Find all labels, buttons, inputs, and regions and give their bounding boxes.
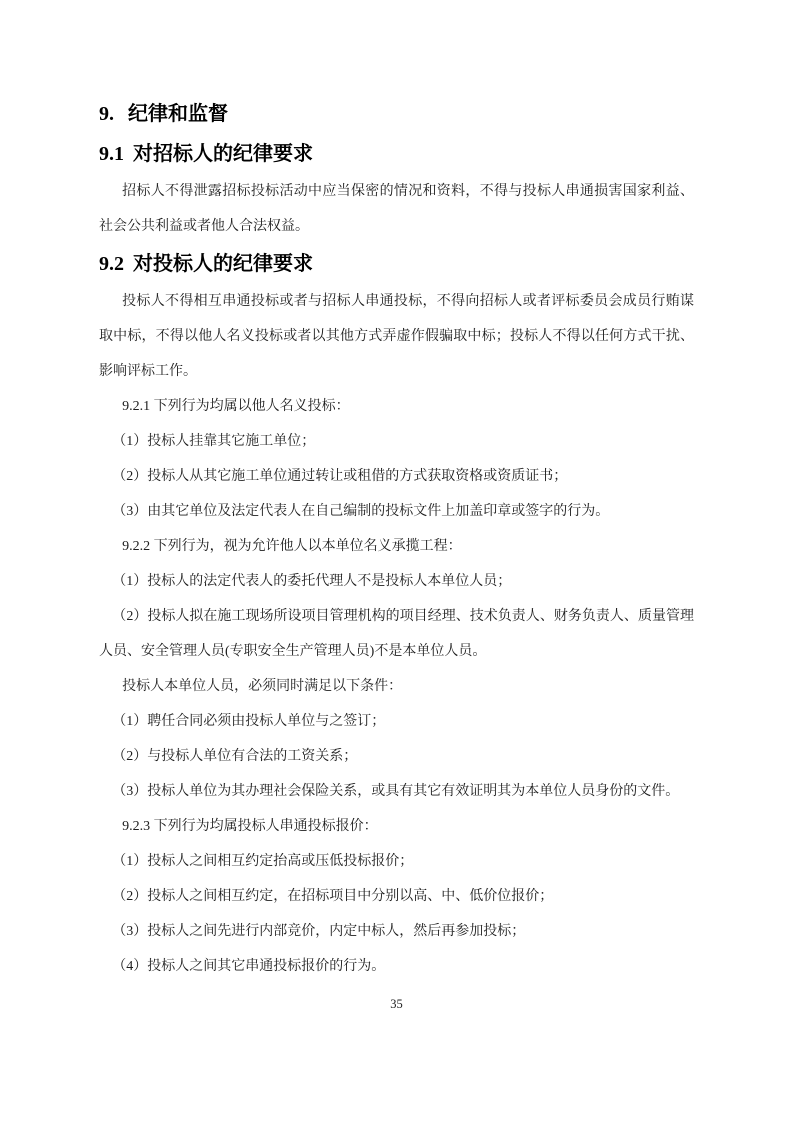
clause-9-2-3-item: （3）投标人之间先进行内部竞价，内定中标人，然后再参加投标； [99,914,694,949]
section-9-number: 9. [99,103,114,125]
section-9-2-title: 对投标人的纪律要求 [133,253,313,275]
clause-9-2-3-item: （1）投标人之间相互约定抬高或压低投标报价； [99,844,694,879]
staff-conditions-item: （3）投标人单位为其办理社会保险关系，或具有其它有效证明其为本单位人员身份的文件… [99,774,694,809]
document-page: 9.纪律和监督 9.1对招标人的纪律要求 招标人不得泄露招标投标活动中应当保密的… [0,0,793,1122]
section-9-2-number: 9.2 [99,253,124,275]
section-9-1-number: 9.1 [99,143,124,165]
section-9-heading: 9.纪律和监督 [99,94,694,134]
clause-9-2-1-item: （3）由其它单位及法定代表人在自己编制的投标文件上加盖印章或签字的行为。 [99,494,694,529]
clause-9-2-3-item: （4）投标人之间其它串通投标报价的行为。 [99,949,694,984]
clause-9-2-1-title: 9.2.1 下列行为均属以他人名义投标： [99,389,694,424]
clause-9-2-3-item: （2）投标人之间相互约定，在招标项目中分别以高、中、低价位报价； [99,879,694,914]
clause-9-2-1-item: （2）投标人从其它施工单位通过转让或租借的方式获取资格或资质证书； [99,459,694,494]
staff-conditions-title: 投标人本单位人员，必须同时满足以下条件： [99,669,694,704]
section-9-title: 纪律和监督 [128,103,228,125]
staff-conditions-item: （1）聘任合同必须由投标人单位与之签订； [99,704,694,739]
clause-9-2-1-item: （1）投标人挂靠其它施工单位； [99,424,694,459]
page-number: 35 [0,997,793,1012]
section-9-2-heading: 9.2对投标人的纪律要求 [99,244,694,284]
section-9-1-paragraph: 招标人不得泄露招标投标活动中应当保密的情况和资料，不得与投标人串通损害国家利益、… [99,174,694,244]
clause-9-2-2-title: 9.2.2 下列行为，视为允许他人以本单位名义承揽工程： [99,529,694,564]
clause-9-2-2-item: （1）投标人的法定代表人的委托代理人不是投标人本单位人员； [99,564,694,599]
clause-9-2-2-item: （2）投标人拟在施工现场所设项目管理机构的项目经理、技术负责人、财务负责人、质量… [99,599,694,669]
section-9-1-heading: 9.1对招标人的纪律要求 [99,134,694,174]
section-9-2-paragraph: 投标人不得相互串通投标或者与招标人串通投标，不得向招标人或者评标委员会成员行贿谋… [99,284,694,389]
document-content: 9.纪律和监督 9.1对招标人的纪律要求 招标人不得泄露招标投标活动中应当保密的… [99,94,694,984]
clause-9-2-3-title: 9.2.3 下列行为均属投标人串通投标报价： [99,809,694,844]
staff-conditions-item: （2）与投标人单位有合法的工资关系； [99,739,694,774]
section-9-1-title: 对招标人的纪律要求 [133,143,313,165]
